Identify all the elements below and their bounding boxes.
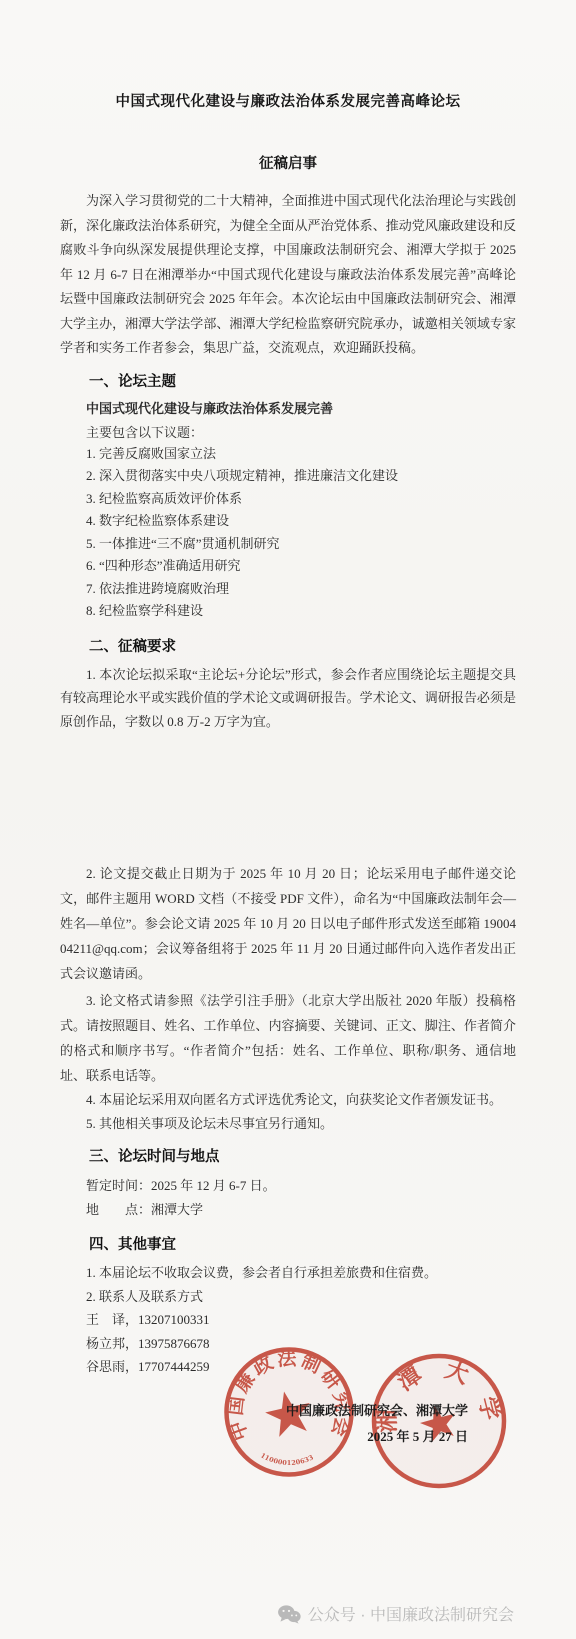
topic-item: 5. 一体推进“三不腐”贯通机制研究 xyxy=(60,533,516,556)
requirement-item: 2. 论文提交截止日期为于 2025 年 10 月 20 日；论坛采用电子邮件递… xyxy=(60,861,516,986)
signature-organizations: 中国廉政法制研究会、湘潭大学 xyxy=(286,1400,468,1419)
requirement-item: 5. 其他相关事项及论坛未尽事宜另行通知。 xyxy=(60,1112,516,1136)
wechat-icon xyxy=(277,1604,301,1624)
other-matters-item: 1. 本届论坛不收取会议费，参会者自行承担差旅费和住宿费。 xyxy=(60,1261,516,1285)
page-title: 中国式现代化建设与廉政法治体系发展完善高峰论坛 xyxy=(60,0,516,112)
contact-line: 王 译，13207100331 xyxy=(60,1308,516,1332)
section-heading-forum-theme: 一、论坛主题 xyxy=(60,371,516,393)
topic-item: 3. 纪检监察高质效评价体系 xyxy=(60,488,516,511)
topic-item: 7. 依法推进跨境腐败治理 xyxy=(60,578,516,601)
topic-item: 1. 完善反腐败国家立法 xyxy=(60,443,516,466)
section-heading-submission-requirements: 二、征稿要求 xyxy=(60,636,516,658)
topic-item: 6. “四种形态”准确适用研究 xyxy=(60,555,516,578)
footer-label: 公众号 · 中国廉政法制研究会 xyxy=(308,1602,514,1625)
document-page: 中国式现代化建设与廉政法治体系发展完善高峰论坛 征稿启事 为深入学习贯彻党的二十… xyxy=(0,0,576,1639)
other-matters-item: 2. 联系人及联系方式 xyxy=(60,1285,516,1309)
forum-time: 暂定时间：2025 年 12 月 6-7 日。 xyxy=(60,1174,516,1198)
signature-date: 2025 年 5 月 27 日 xyxy=(367,1426,468,1445)
wechat-footer: 公众号 · 中国廉政法制研究会 xyxy=(277,1602,514,1625)
topics-lead: 主要包含以下议题： xyxy=(60,423,516,443)
forum-theme: 中国式现代化建设与廉政法治体系发展完善 xyxy=(60,398,516,420)
forum-place: 地 点：湘潭大学 xyxy=(60,1198,516,1222)
topic-item: 8. 纪检监察学科建设 xyxy=(60,600,516,623)
document-body: 中国式现代化建设与廉政法治体系发展完善高峰论坛 征稿启事 为深入学习贯彻党的二十… xyxy=(0,0,576,1379)
topic-item: 4. 数字纪检监察体系建设 xyxy=(60,510,516,533)
seal-xiangtan-university: 湘潭大学 xyxy=(364,1349,514,1493)
section-heading-time-place: 三、论坛时间与地点 xyxy=(60,1146,516,1168)
intro-paragraph: 为深入学习贯彻党的二十大精神，全面推进中国式现代化法治理论与实践创新，深化廉政法… xyxy=(60,189,516,361)
topics-list: 1. 完善反腐败国家立法 2. 深入贯彻落实中央八项规定精神，推进廉洁文化建设 … xyxy=(60,443,516,623)
requirement-item: 4. 本届论坛采用双向匿名方式评选优秀论文，向获奖论文作者颁发证书。 xyxy=(60,1088,516,1112)
requirement-item: 3. 论文格式请参照《法学引注手册》（北京大学出版社 2020 年版）投稿格式。… xyxy=(60,988,516,1088)
topic-item: 2. 深入贯彻落实中央八项规定精神，推进廉洁文化建设 xyxy=(60,465,516,488)
requirement-item: 1. 本次论坛拟采取“主论坛+分论坛”形式，参会作者应围绕论坛主题提交具有较高理… xyxy=(60,663,516,734)
section-heading-other-matters: 四、其他事宜 xyxy=(60,1234,516,1256)
doc-subtitle: 征稿启事 xyxy=(60,154,516,174)
